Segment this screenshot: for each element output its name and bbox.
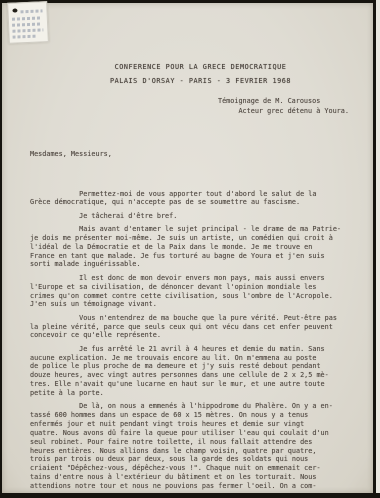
scan-edge-strip: [376, 0, 380, 493]
paragraph: Je fus arrêté le 21 avril à 4 heures et …: [30, 345, 356, 398]
stamp-text-line: [13, 35, 37, 39]
paragraph: Je tâcherai d'être bref.: [30, 212, 356, 221]
paragraph: Vous n'entendrez de ma bouche que la pur…: [30, 314, 356, 341]
stamp-dot-icon: [12, 8, 17, 12]
stamp-text-line: [20, 9, 42, 13]
witness-attribution: Témoignage de M. Carousos Acteur grec dé…: [218, 97, 349, 116]
conference-title-line1: CONFERENCE POUR LA GRECE DEMOCRATIQUE: [115, 63, 287, 71]
paragraph: Permettez-moi de vous apporter tout d'ab…: [30, 190, 356, 208]
typewritten-page: CONFERENCE POUR LA GRECE DEMOCRATIQUEPAL…: [2, 3, 373, 493]
conference-title: CONFERENCE POUR LA GRECE DEMOCRATIQUEPAL…: [2, 60, 373, 88]
paragraph: Mais avant d'entamer le sujet principal …: [30, 225, 356, 269]
salutation: Mesdames, Messieurs,: [30, 150, 356, 159]
stamp-text-line: [12, 22, 40, 26]
paragraph: Il est donc de mon devoir envers mon pay…: [30, 274, 356, 309]
document-body: Mesdames, Messieurs, Permettez-moi de vo…: [30, 132, 356, 495]
witness-name-line: Témoignage de M. Carousos: [218, 97, 320, 105]
stamp-text-line: [12, 28, 43, 32]
paragraph: De là, on nous a emmenés à l'hippodrome …: [30, 402, 356, 490]
document-scan: CONFERENCE POUR LA GRECE DEMOCRATIQUEPAL…: [0, 0, 380, 498]
stamp-text-line: [12, 16, 42, 20]
conference-title-line2: PALAIS D'ORSAY - PARIS - 3 FEVRIER 1968: [110, 77, 291, 85]
archive-stamp-icon: [7, 1, 49, 44]
witness-role-line: Acteur grec détenu à Youra.: [218, 107, 349, 115]
